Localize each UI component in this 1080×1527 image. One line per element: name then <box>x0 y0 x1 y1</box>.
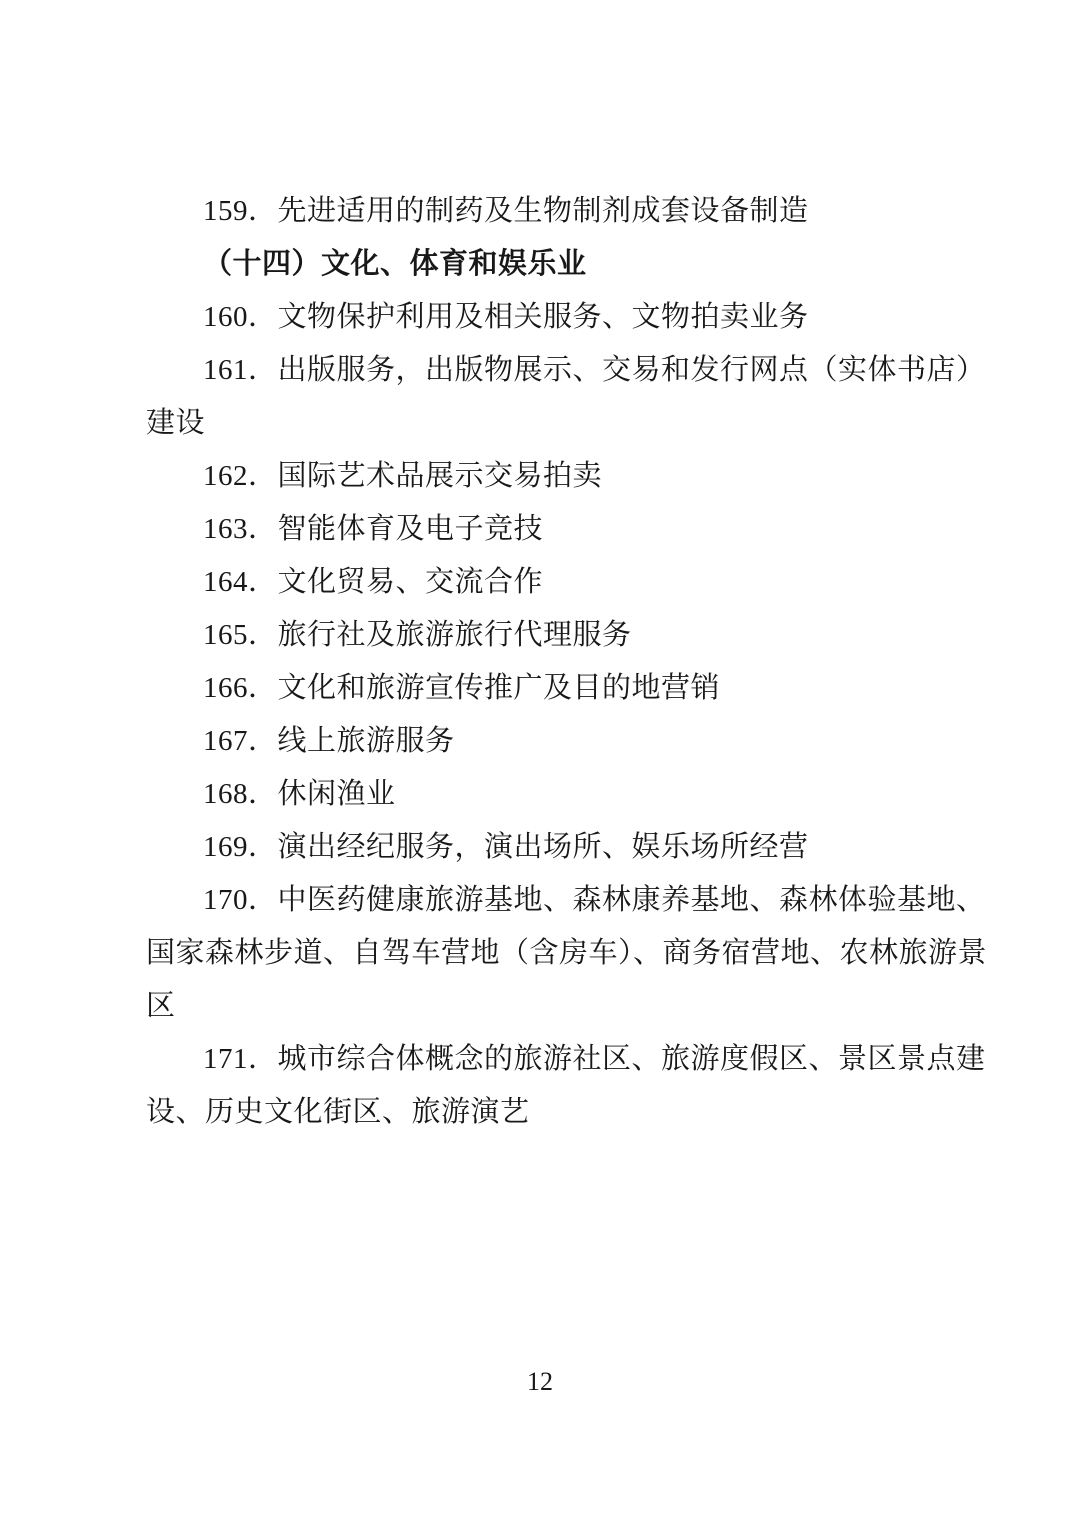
text-line: 160．文物保护利用及相关服务、文物拍卖业务 <box>146 291 936 344</box>
text-line: 建设 <box>146 397 936 450</box>
list-item-164: 164．文化贸易、交流合作 <box>146 556 936 609</box>
list-item-159: 159．先进适用的制药及生物制剂成套设备制造 <box>146 185 936 238</box>
document-body: 159．先进适用的制药及生物制剂成套设备制造（十四）文化、体育和娱乐业160．文… <box>146 185 936 1139</box>
text-line: 166．文化和旅游宣传推广及目的地营销 <box>146 662 936 715</box>
list-item-170: 170．中医药健康旅游基地、森林康养基地、森林体验基地、国家森林步道、自驾车营地… <box>146 874 936 1033</box>
section-heading-line: （十四）文化、体育和娱乐业 <box>146 238 936 291</box>
text-line: 162．国际艺术品展示交易拍卖 <box>146 450 936 503</box>
page-number: 12 <box>0 1366 1080 1398</box>
text-line: 170．中医药健康旅游基地、森林康养基地、森林体验基地、 <box>146 874 936 927</box>
list-item-163: 163．智能体育及电子竞技 <box>146 503 936 556</box>
list-item-167: 167．线上旅游服务 <box>146 715 936 768</box>
text-line: 165．旅行社及旅游旅行代理服务 <box>146 609 936 662</box>
list-item-161: 161．出版服务，出版物展示、交易和发行网点（实体书店）建设 <box>146 344 936 450</box>
text-line: 161．出版服务，出版物展示、交易和发行网点（实体书店） <box>146 344 936 397</box>
list-item-160: 160．文物保护利用及相关服务、文物拍卖业务 <box>146 291 936 344</box>
text-line: 国家森林步道、自驾车营地（含房车）、商务宿营地、农林旅游景 <box>146 927 936 980</box>
text-line: 171．城市综合体概念的旅游社区、旅游度假区、景区景点建 <box>146 1033 936 1086</box>
list-item-171: 171．城市综合体概念的旅游社区、旅游度假区、景区景点建设、历史文化街区、旅游演… <box>146 1033 936 1139</box>
text-line: 区 <box>146 980 936 1033</box>
text-line: 163．智能体育及电子竞技 <box>146 503 936 556</box>
list-item-168: 168．休闲渔业 <box>146 768 936 821</box>
text-line: 159．先进适用的制药及生物制剂成套设备制造 <box>146 185 936 238</box>
text-line: 164．文化贸易、交流合作 <box>146 556 936 609</box>
document-page: 159．先进适用的制药及生物制剂成套设备制造（十四）文化、体育和娱乐业160．文… <box>0 0 1080 1527</box>
list-item-162: 162．国际艺术品展示交易拍卖 <box>146 450 936 503</box>
text-line: 168．休闲渔业 <box>146 768 936 821</box>
section-heading-14: （十四）文化、体育和娱乐业 <box>146 238 936 291</box>
list-item-166: 166．文化和旅游宣传推广及目的地营销 <box>146 662 936 715</box>
text-line: 设、历史文化街区、旅游演艺 <box>146 1086 936 1139</box>
text-line: 167．线上旅游服务 <box>146 715 936 768</box>
list-item-169: 169．演出经纪服务，演出场所、娱乐场所经营 <box>146 821 936 874</box>
list-item-165: 165．旅行社及旅游旅行代理服务 <box>146 609 936 662</box>
text-line: 169．演出经纪服务，演出场所、娱乐场所经营 <box>146 821 936 874</box>
